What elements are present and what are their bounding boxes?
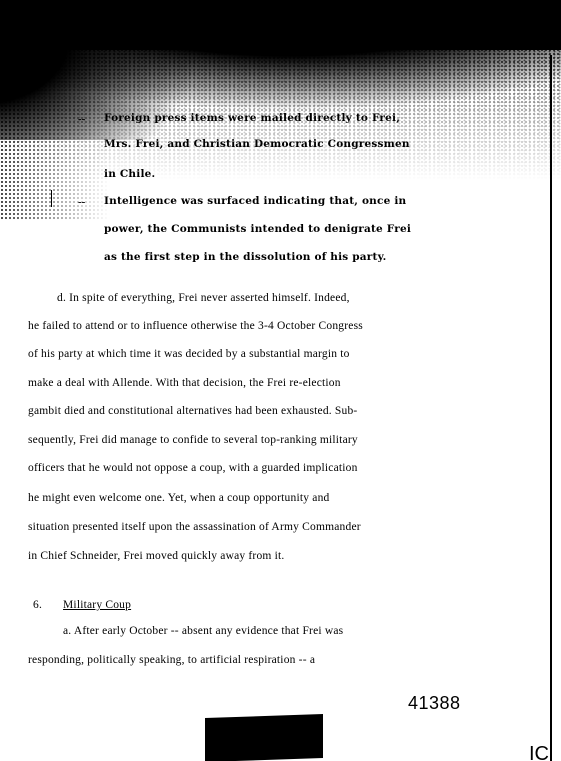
scan-speckle-left (0, 100, 110, 220)
para-d-line-5: gambit died and constitutional alternati… (28, 405, 357, 417)
corner-mark: IC (529, 743, 549, 761)
para-d-line-7: officers that he would not oppose a coup… (28, 462, 358, 474)
para-d-line-1: d. In spite of everything, Frei never as… (57, 292, 350, 304)
para-a-line-1: a. After early October -- absent any evi… (63, 625, 343, 637)
bullet-2-line-1: Intelligence was surfaced indicating tha… (104, 195, 406, 207)
bullet-dash: -- (78, 196, 85, 208)
para-d-line-2: he failed to attend or to influence othe… (28, 320, 363, 332)
page-edge-rule (550, 55, 552, 761)
bullet-1-line-3: in Chile. (104, 168, 155, 180)
para-a-line-2: responding, politically speaking, to art… (28, 654, 315, 666)
para-d-line-3: of his party at which time it was decide… (28, 348, 350, 360)
bullet-1-line-1: Foreign press items were mailed directly… (104, 112, 400, 124)
bullet-2-line-3: as the first step in the dissolution of … (104, 251, 387, 263)
bullet-2-line-2: power, the Communists intended to denigr… (104, 223, 411, 235)
margin-mark (51, 190, 52, 207)
redaction-block (205, 714, 323, 761)
bullet-dash: -- (78, 113, 85, 125)
section-title: Military Coup (63, 599, 131, 611)
section-number: 6. (33, 599, 42, 611)
para-d-line-4: make a deal with Allende. With that deci… (28, 377, 341, 389)
para-d-line-8: he might even welcome one. Yet, when a c… (28, 492, 329, 504)
para-d-line-6: sequently, Frei did manage to confide to… (28, 434, 358, 446)
document-stamp-number: 41388 (408, 693, 461, 714)
para-d-line-9: situation presented itself upon the assa… (28, 521, 361, 533)
bullet-1-line-2: Mrs. Frei, and Christian Democratic Cong… (104, 138, 410, 150)
para-d-line-10: in Chief Schneider, Frei moved quickly a… (28, 550, 285, 562)
